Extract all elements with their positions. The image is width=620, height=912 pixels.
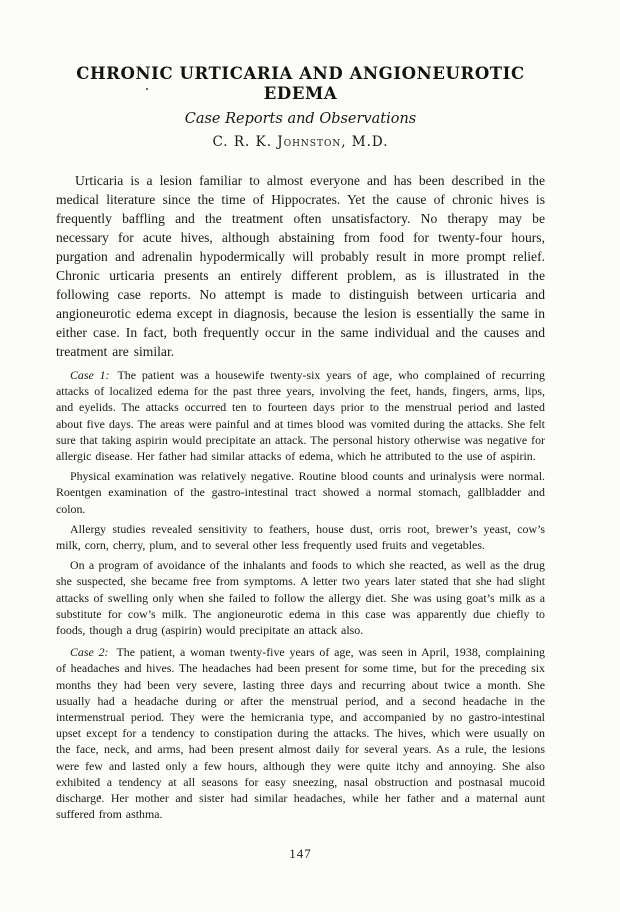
physical-examination-paragraph: Physical examination was relatively nega… <box>56 468 545 517</box>
allergy-studies-paragraph: Allergy studies revealed sensitivity to … <box>56 521 545 553</box>
intro-paragraph: Urticaria is a lesion familiar to almost… <box>56 171 545 361</box>
case-1-paragraph: Case 1:The patient was a housewife twent… <box>56 367 545 464</box>
case-2-text: The patient, a woman twenty-five years o… <box>56 645 545 821</box>
case-2-paragraph: Case 2:The patient, a woman twenty-five … <box>56 644 545 822</box>
case-2-label: Case 2: <box>70 645 109 659</box>
article-text-block: CHRONIC URTICARIA AND ANGIONEUROTIC EDEM… <box>56 0 545 822</box>
case-1-text: The patient was a housewife twenty-six y… <box>56 368 545 463</box>
article-title: CHRONIC URTICARIA AND ANGIONEUROTIC EDEM… <box>56 0 545 104</box>
article-subtitle: Case Reports and Observations <box>56 110 545 128</box>
page-number: 147 <box>56 846 545 862</box>
case-1-label: Case 1: <box>70 368 110 382</box>
author-byline: C. R. K. Johnston, M.D. <box>56 134 545 151</box>
scanned-page: CHRONIC URTICARIA AND ANGIONEUROTIC EDEM… <box>0 0 620 912</box>
avoidance-program-paragraph: On a program of avoidance of the inhalan… <box>56 557 545 638</box>
